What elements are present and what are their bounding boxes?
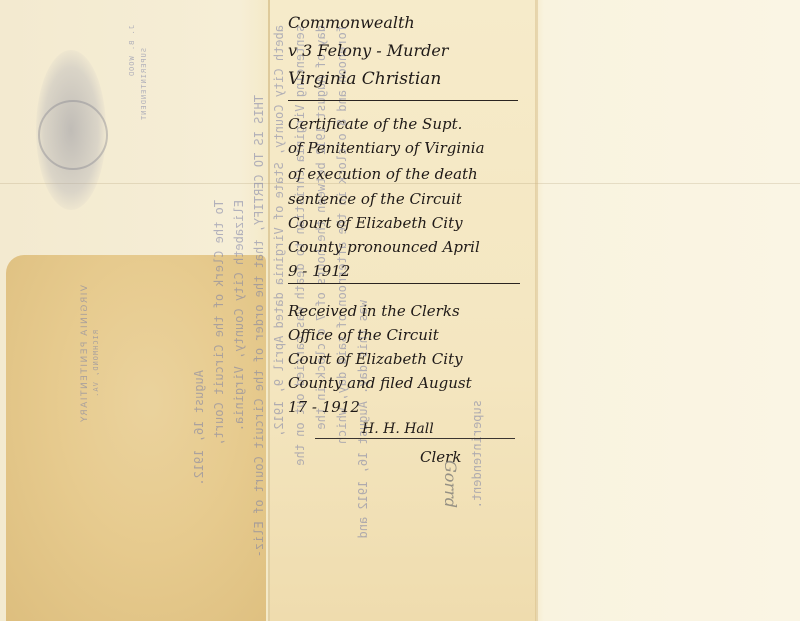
docket-received-line-4: County and filed August (288, 372, 472, 394)
letterhead-officer: J. B. WOOD (128, 25, 136, 77)
docket-received-line-5: 17 - 1912 (288, 396, 360, 418)
typed-addressee-2: Elizabeth City County, Virginia. (232, 200, 246, 431)
docket-divider-1 (288, 100, 518, 101)
clerk-signature: H. H. Hall (362, 418, 434, 440)
docket-cert-line-4: sentence of the Circuit (288, 188, 462, 210)
docket-cert-line-2: of Penitentiary of Virginia (288, 137, 485, 159)
typed-body-1: THIS IS TO CERTIFY, that the order of th… (252, 95, 266, 557)
vertical-crease-right (535, 0, 538, 621)
docket-case-line-2: v 3 Felony - Murder (288, 40, 448, 62)
letterhead-name: VIRGINIA PENITENTIARY (80, 285, 90, 424)
typed-date: August 16, 1912. (192, 370, 206, 486)
letterhead-city: RICHMOND, VA. (92, 330, 100, 398)
docket-case-line-3: Virginia Christian (288, 68, 441, 90)
signature-underline (315, 438, 515, 439)
docket-received-line-2: Office of the Circuit (288, 324, 439, 346)
typed-addressee-1: To the Clerk of the Circuit Court, (212, 200, 226, 446)
docket-received-line-1: Received in the Clerks (288, 300, 460, 322)
docket-cert-line-1: Certificate of the Supt. (288, 113, 462, 135)
typed-body-7: superintendent. (470, 400, 484, 508)
docket-cert-line-7: 9 - 1912 (288, 260, 350, 282)
docket-received-line-3: Court of Elizabeth City (288, 348, 463, 370)
water-stain (6, 255, 266, 621)
pencil-notation: Gorrd (441, 460, 460, 508)
docket-divider-2 (288, 283, 520, 284)
document-page: J. B. WOOD SUPERINTENDENT VIRGINIA PENIT… (0, 0, 800, 621)
docket-cert-line-6: County pronounced April (288, 236, 480, 258)
letterhead-officer-title: SUPERINTENDENT (140, 48, 148, 121)
vertical-crease-left (268, 0, 270, 621)
typed-body-2: abeth City County, State of Virginia dat… (272, 25, 286, 437)
docket-case-line-1: Commonwealth (288, 12, 415, 34)
docket-cert-line-3: of execution of the death (288, 163, 478, 185)
docket-cert-line-5: Court of Elizabeth City (288, 212, 463, 234)
seal-ring-icon (38, 100, 108, 170)
